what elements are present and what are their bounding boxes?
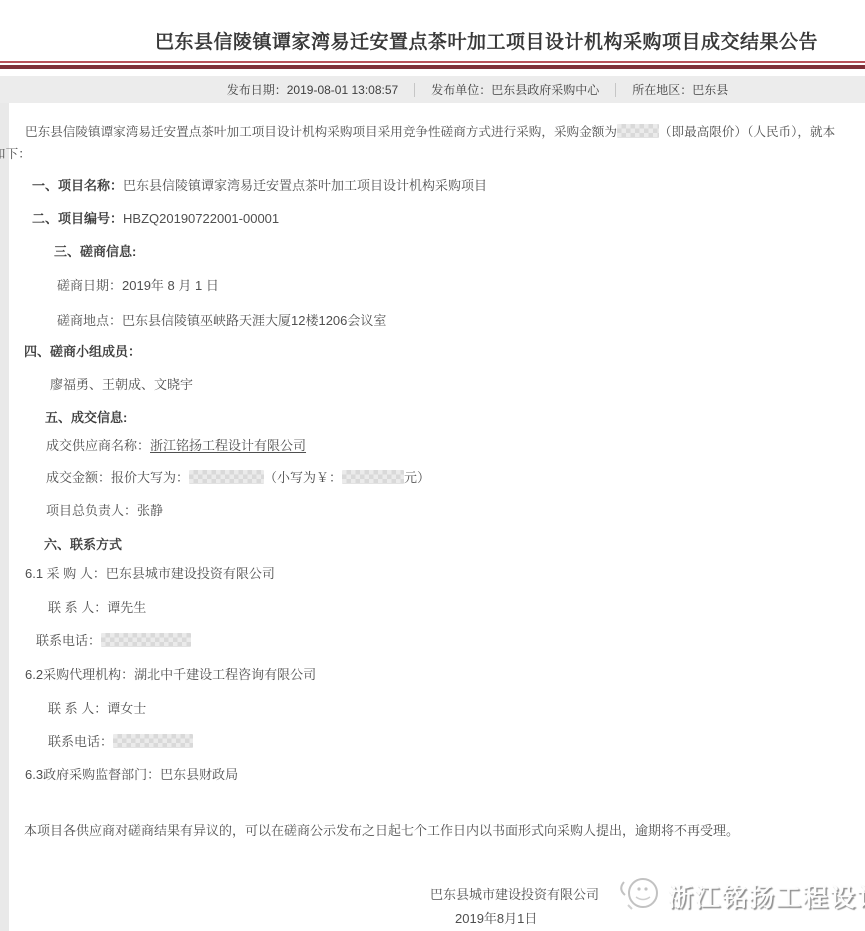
purchaser-phone-line: 联系电话： — [36, 632, 191, 649]
section-award-heading: 五、成交信息: — [45, 409, 127, 426]
publish-unit: 发布单位：巴东县政府采购中心 — [431, 81, 599, 98]
agency-line: 6.2采购代理机构：湖北中千建设工程咨询有限公司 — [25, 666, 316, 683]
watermark-text: 浙江铭扬工程设计 — [668, 878, 865, 914]
section-panel-heading: 四、磋商小组成员： — [24, 343, 141, 360]
award-supplier-label: 成交供应商名称： — [46, 438, 150, 453]
section-contacts-heading: 六、联系方式 — [44, 536, 122, 553]
project-number-value: HBZQ20190722001-00001 — [123, 211, 279, 226]
meta-bar: 发布日期：2019-08-01 13:08:57 发布单位：巴东县政府采购中心 … — [0, 76, 865, 103]
purchaser-contact-value: 谭先生 — [107, 600, 146, 615]
agency-value: 湖北中千建设工程咨询有限公司 — [134, 667, 316, 682]
agency-phone-label: 联系电话： — [48, 734, 113, 749]
supervisor-value: 巴东县财政局 — [160, 767, 238, 782]
award-heading-label: 五、成交信息: — [45, 410, 127, 425]
negotiation-date-line: 磋商日期：2019年 8 月 1 日 — [57, 277, 219, 294]
purchaser-line: 6.1 采 购 人：巴东县城市建设投资有限公司 — [25, 565, 275, 582]
intro-wrap-text: 如下： — [0, 147, 31, 161]
agency-label: 6.2采购代理机构： — [25, 667, 134, 682]
panel-members-value: 廖福勇、王朝成、文晓宇 — [50, 377, 193, 392]
title-rule-bottom — [0, 65, 865, 69]
signature-date: 2019年8月1日 — [455, 908, 537, 927]
agency-contact-label: 联 系 人： — [48, 701, 107, 716]
award-manager-line: 项目总负责人：张静 — [46, 502, 163, 519]
agency-contact-line: 联 系 人：谭女士 — [48, 700, 146, 717]
publish-unit-label: 发布单位： — [431, 83, 491, 97]
negotiation-date-value: 2019年 8 月 1 日 — [122, 278, 219, 293]
panel-members-line: 廖福勇、王朝成、文晓宇 — [50, 376, 193, 393]
award-amount-label: 成交金额：报价大写为： — [46, 470, 189, 485]
publish-date-value: 2019-08-01 13:08:57 — [287, 83, 398, 97]
meta-divider — [615, 83, 616, 97]
title-rule-top — [0, 61, 865, 63]
negotiation-heading-label: 三、磋商信息: — [54, 244, 136, 259]
intro-paragraph-line2: 如下： — [0, 146, 31, 163]
meta-divider — [414, 83, 415, 97]
project-name-value: 巴东县信陵镇谭家湾易迁安置点茶叶加工项目设计机构采购项目 — [123, 178, 487, 193]
panel-heading-label: 四、磋商小组成员： — [24, 344, 141, 359]
intro-text-after-amount: （即最高限价）（人民币），就本 — [659, 125, 835, 139]
negotiation-place-line: 磋商地点：巴东县信陵镇巫峡路天涯大厦12楼1206会议室 — [57, 312, 386, 329]
negotiation-place-value: 巴东县信陵镇巫峡路天涯大厦12楼1206会议室 — [122, 313, 386, 328]
purchaser-contact-label: 联 系 人： — [48, 600, 107, 615]
supervisor-label: 6.3政府采购监督部门： — [25, 767, 160, 782]
contacts-heading-label: 六、联系方式 — [44, 537, 122, 552]
objection-notice: 本项目各供应商对磋商结果有异议的，可以在磋商公示发布之日起七个工作日内以书面形式… — [24, 822, 739, 839]
purchaser-label: 6.1 采 购 人： — [25, 566, 106, 581]
purchaser-value: 巴东县城市建设投资有限公司 — [106, 566, 275, 581]
section-project-name: 一、项目名称：巴东县信陵镇谭家湾易迁安置点茶叶加工项目设计机构采购项目 — [32, 177, 487, 194]
announcement-page: 巴东县信陵镇谭家湾易迁安置点茶叶加工项目设计机构采购项目成交结果公告 发布日期：… — [0, 0, 865, 931]
section-negotiation-heading: 三、磋商信息: — [54, 243, 136, 260]
project-number-label: 二、项目编号： — [32, 211, 123, 226]
award-amount-end: 元） — [404, 470, 430, 485]
intro-paragraph-line1: 巴东县信陵镇谭家湾易迁安置点茶叶加工项目设计机构采购项目采用竞争性磋商方式进行采… — [25, 124, 835, 141]
publish-date: 发布日期：2019-08-01 13:08:57 — [227, 81, 398, 98]
agency-contact-value: 谭女士 — [107, 701, 146, 716]
award-amount-mid: （小写为￥： — [264, 470, 342, 485]
award-manager-label: 项目总负责人： — [46, 503, 137, 518]
agency-phone-line: 联系电话： — [48, 733, 193, 750]
signature-org: 巴东县城市建设投资有限公司 — [430, 884, 599, 903]
purchaser-phone-label: 联系电话： — [36, 633, 101, 648]
award-supplier-line: 成交供应商名称：浙江铭扬工程设计有限公司 — [46, 437, 306, 454]
region-value: 巴东县 — [692, 83, 728, 97]
negotiation-date-label: 磋商日期： — [57, 278, 122, 293]
award-manager-value: 张静 — [137, 503, 163, 518]
company-logo-icon — [616, 872, 662, 919]
watermark: 浙江铭扬工程设计 — [616, 872, 865, 919]
page-title: 巴东县信陵镇谭家湾易迁安置点茶叶加工项目设计机构采购项目成交结果公告 — [0, 27, 865, 54]
project-name-label: 一、项目名称： — [32, 178, 123, 193]
redacted-amount-words — [189, 470, 264, 484]
publish-date-label: 发布日期： — [227, 83, 287, 97]
redacted-purchase-amount — [617, 124, 659, 138]
objection-notice-text: 本项目各供应商对磋商结果有异议的，可以在磋商公示发布之日起七个工作日内以书面形式… — [24, 823, 739, 838]
region: 所在地区：巴东县 — [632, 81, 728, 98]
supervisor-line: 6.3政府采购监督部门：巴东县财政局 — [25, 766, 238, 783]
page-left-edge — [0, 103, 9, 931]
negotiation-place-label: 磋商地点： — [57, 313, 122, 328]
intro-text-before-amount: 巴东县信陵镇谭家湾易迁安置点茶叶加工项目设计机构采购项目采用竞争性磋商方式进行采… — [25, 125, 617, 139]
redacted-phone-1 — [101, 633, 191, 647]
section-project-number: 二、项目编号：HBZQ20190722001-00001 — [32, 210, 279, 227]
redacted-amount-figures — [342, 470, 404, 484]
award-supplier-name: 浙江铭扬工程设计有限公司 — [150, 438, 306, 453]
publish-unit-value: 巴东县政府采购中心 — [491, 83, 599, 97]
redacted-phone-2 — [113, 734, 193, 748]
purchaser-contact-line: 联 系 人：谭先生 — [48, 599, 146, 616]
region-label: 所在地区： — [632, 83, 692, 97]
award-amount-line: 成交金额：报价大写为：（小写为￥：元） — [46, 469, 430, 486]
